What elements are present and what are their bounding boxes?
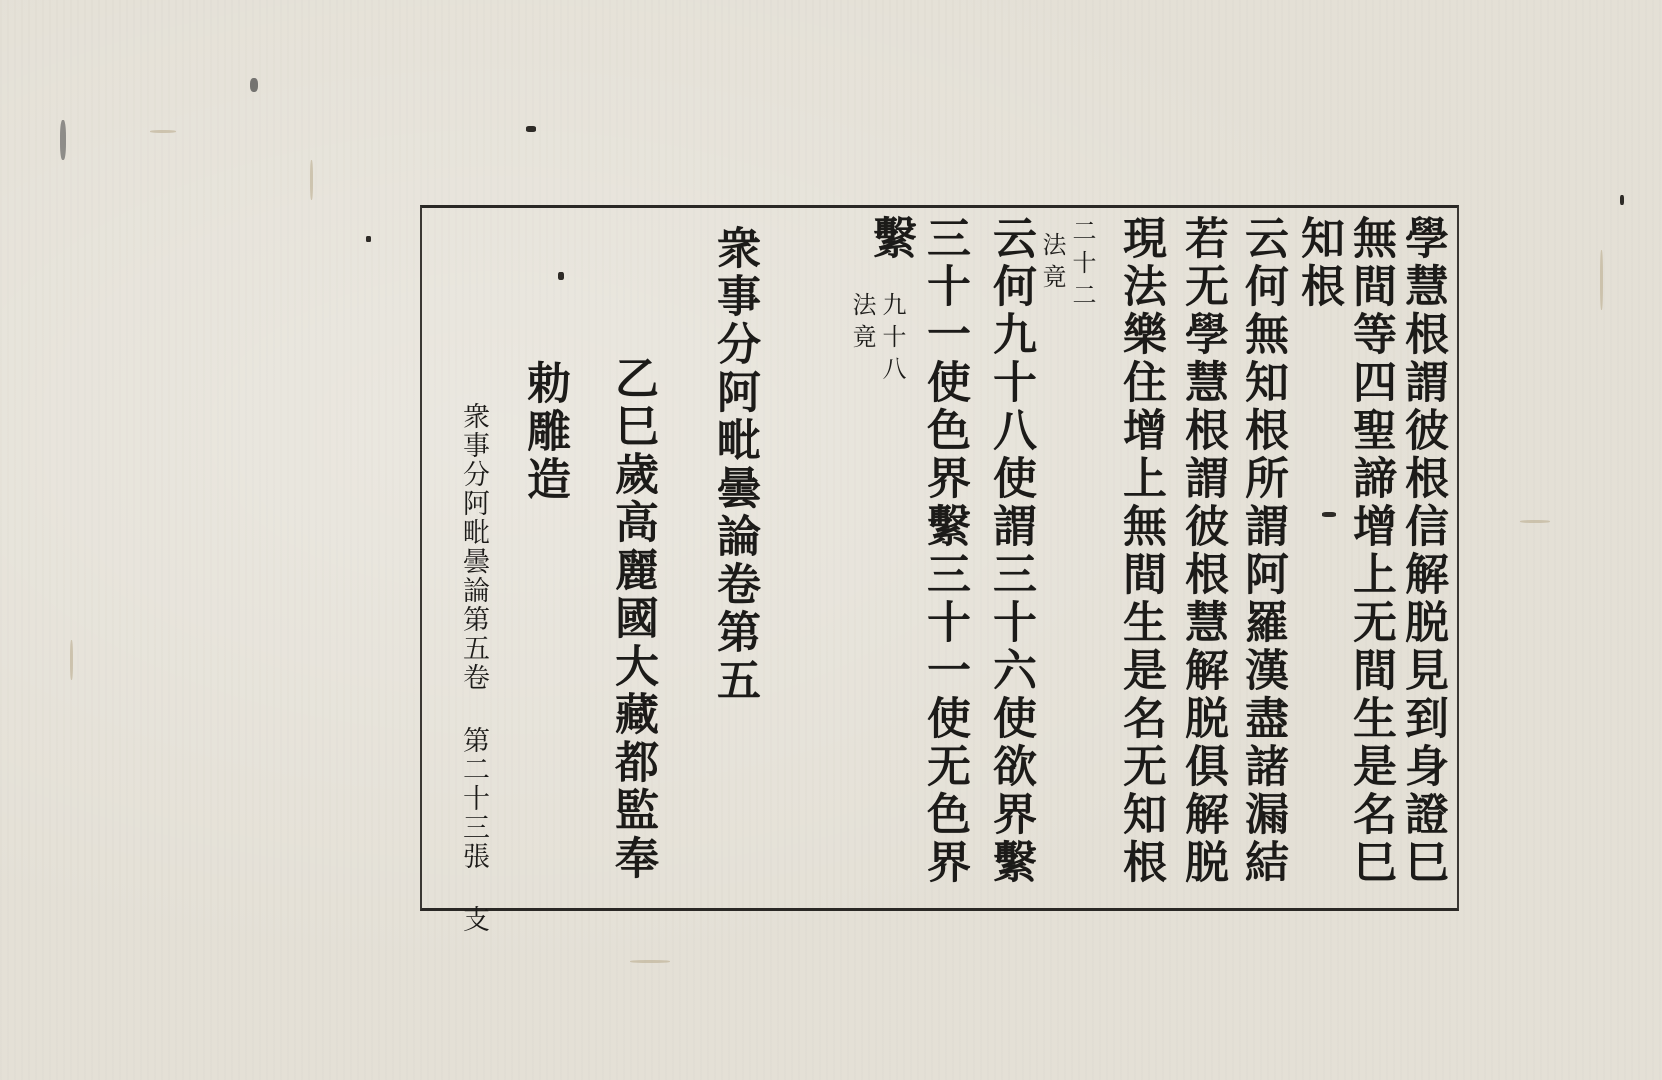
text-column-10: 繫 bbox=[868, 215, 912, 263]
ink-speck bbox=[526, 126, 536, 132]
footer-marginal-note: 衆事分阿毗曇論第五卷第二十三張支 bbox=[460, 402, 487, 934]
note-end-22: 法竟 bbox=[1040, 232, 1064, 296]
footer-sheet-number: 第二十三張 bbox=[458, 726, 489, 871]
paper-fiber bbox=[70, 640, 73, 680]
note-count-98: 九十八 bbox=[880, 292, 904, 388]
text-column-9: 三十一使色界繫三十一使无色界 bbox=[922, 215, 966, 887]
paper-fiber bbox=[630, 960, 670, 963]
text-column-5: 若无學慧根謂彼根慧解脱俱解脱 bbox=[1180, 215, 1224, 887]
colophon-line-2: 勅雕造 bbox=[522, 360, 566, 504]
text-column-6: 現法樂住增上無間生是名无知根 bbox=[1118, 215, 1162, 887]
paper-fiber bbox=[60, 120, 66, 160]
paper-fiber bbox=[310, 160, 313, 200]
volume-title: 衆事分阿毗曇論卷第五 bbox=[712, 225, 756, 705]
ink-speck bbox=[1620, 195, 1624, 205]
paper-fiber bbox=[1520, 520, 1550, 523]
footer-title: 衆事分阿毗曇論第五卷 bbox=[458, 402, 489, 692]
paper-fiber bbox=[1600, 250, 1603, 310]
text-column-8: 云何九十八使謂三十六使欲界繫 bbox=[988, 215, 1032, 887]
paper-fiber bbox=[250, 78, 258, 92]
text-column-4: 云何無知根所謂阿羅漢盡諸漏結 bbox=[1240, 215, 1284, 887]
note-end-98: 法竟 bbox=[850, 292, 874, 356]
text-column-1: 學慧根謂彼根信解脱見到身證巳 bbox=[1400, 215, 1444, 887]
footer-carver-mark: 支 bbox=[458, 905, 489, 934]
text-column-2: 無間等四聖諦增上无間生是名巳 bbox=[1348, 215, 1392, 887]
note-count-22: 二十二 bbox=[1070, 218, 1094, 314]
colophon-line-1: 乙巳歲高麗國大藏都監奉 bbox=[610, 355, 654, 883]
paper-fiber bbox=[150, 130, 176, 133]
text-column-3: 知根 bbox=[1296, 215, 1340, 311]
ink-speck bbox=[366, 236, 371, 242]
